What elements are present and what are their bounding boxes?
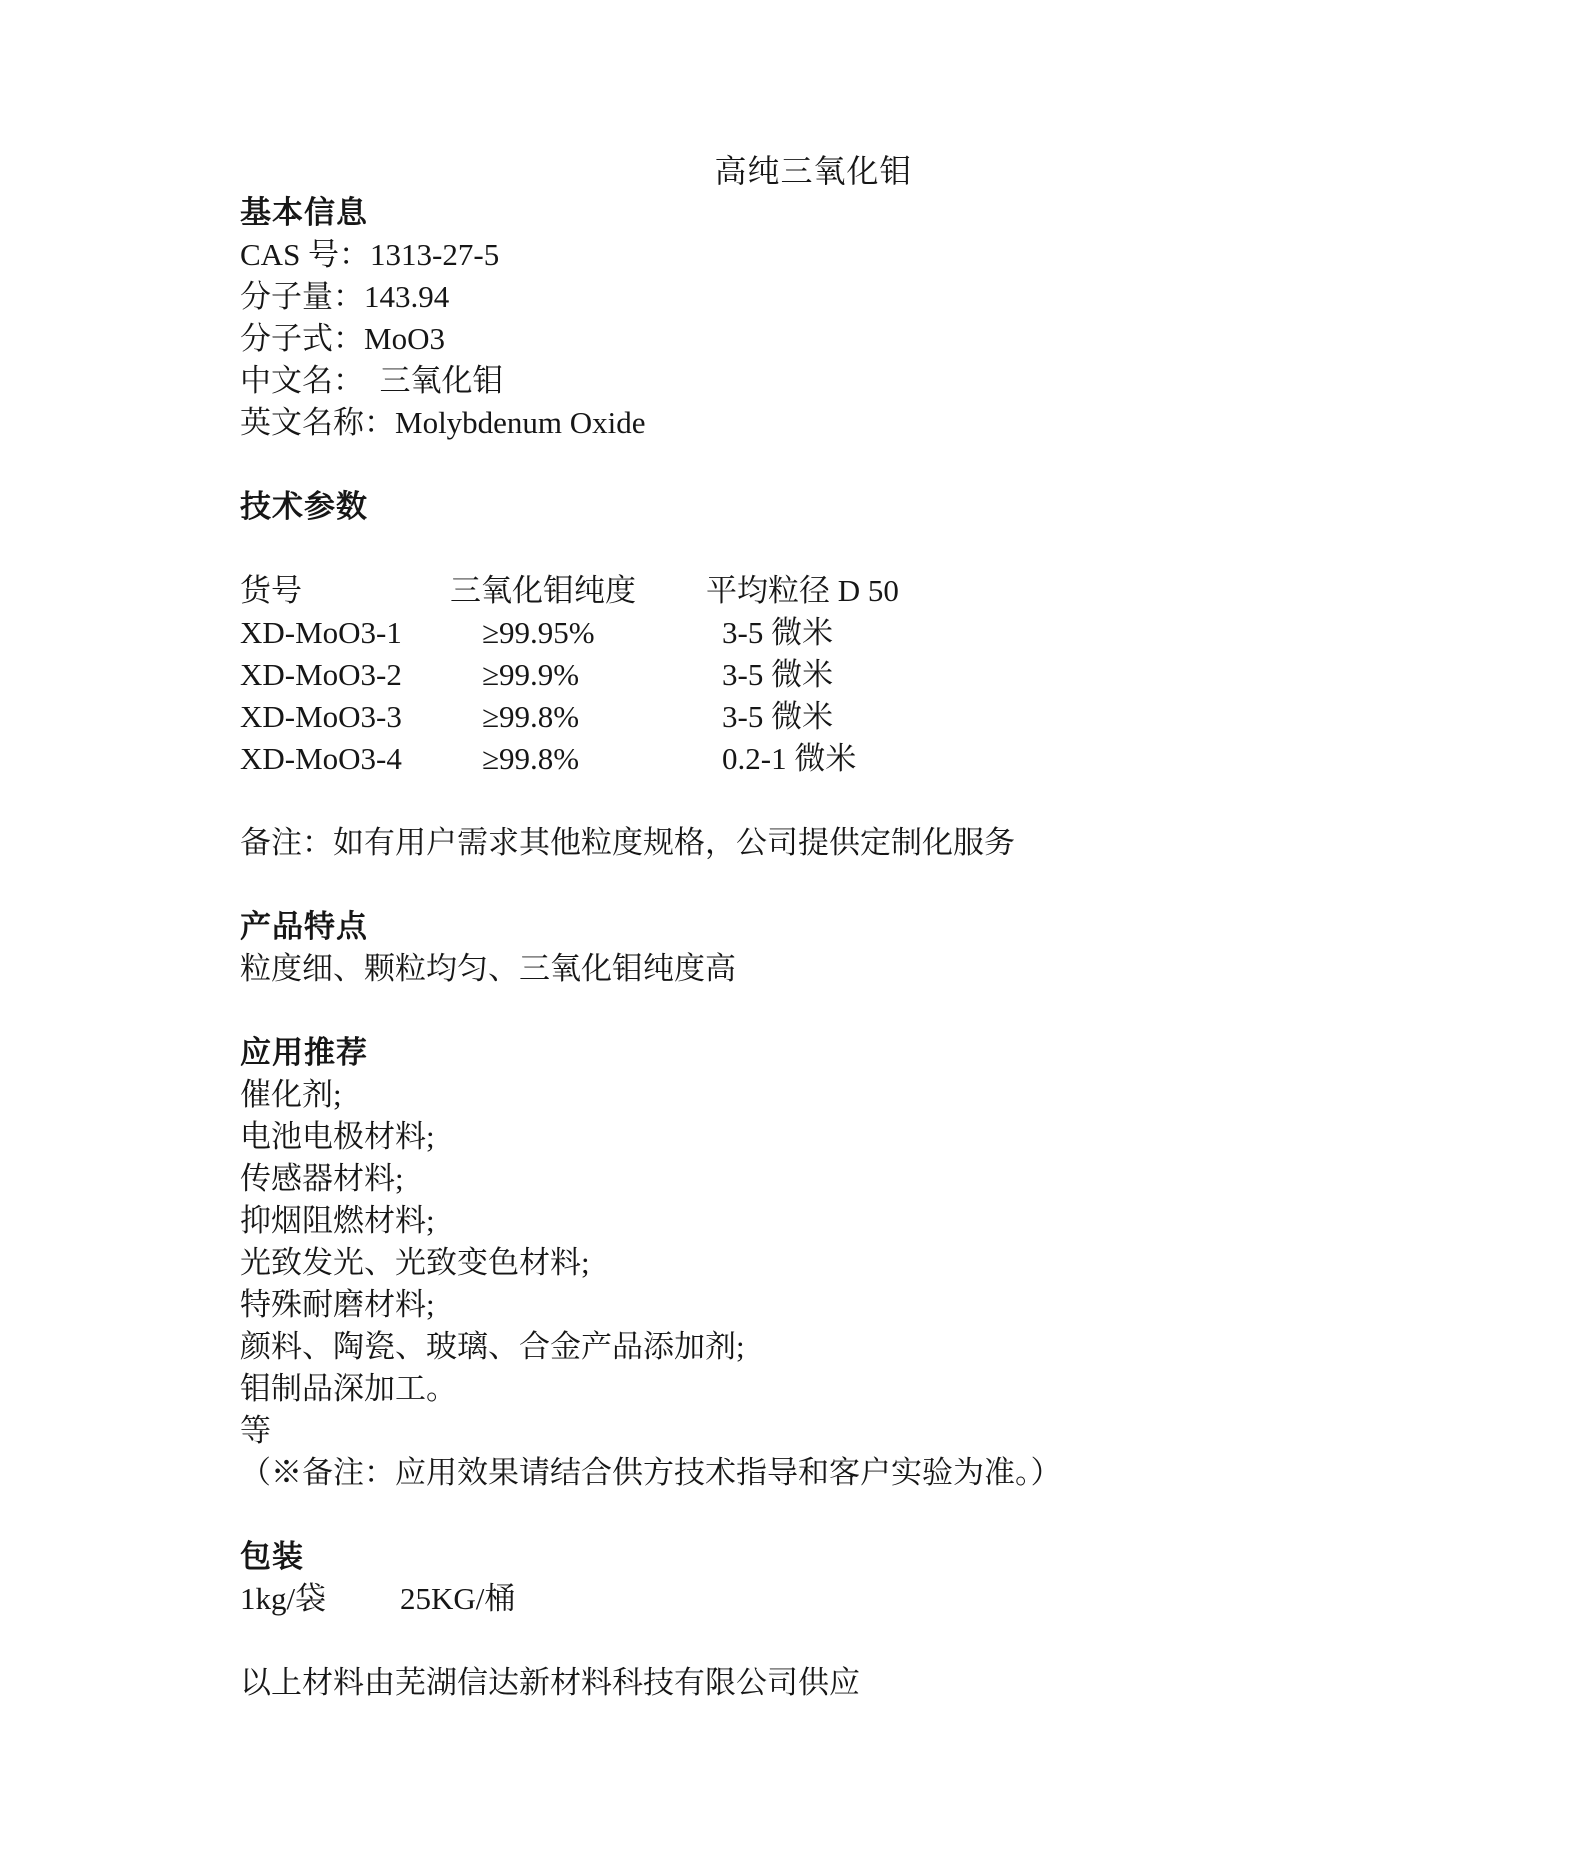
section-heading-packaging: 包装 xyxy=(240,1536,1387,1578)
application-item: 特殊耐磨材料; xyxy=(240,1284,1387,1326)
blank-line xyxy=(240,864,1387,906)
section-heading-applications: 应用推荐 xyxy=(240,1032,1387,1074)
english-name-line: 英文名称：Molybdenum Oxide xyxy=(240,402,1387,444)
document-page: 高纯三氧化钼 基本信息 CAS 号：1313-27-5 分子量：143.94 分… xyxy=(0,0,1587,1858)
blank-line xyxy=(240,780,1387,822)
packaging-bag-spec: 1kg/袋 xyxy=(240,1578,400,1620)
table-row: XD-MoO3-1 ≥99.95% 3-5 微米 xyxy=(240,612,1387,654)
cell-item-no: XD-MoO3-1 xyxy=(240,612,450,654)
application-item: 电池电极材料; xyxy=(240,1116,1387,1158)
table-row: XD-MoO3-2 ≥99.9% 3-5 微米 xyxy=(240,654,1387,696)
application-item: 颜料、陶瓷、玻璃、合金产品添加剂; xyxy=(240,1326,1387,1368)
blank-line xyxy=(240,528,1387,570)
table-header-row: 货号 三氧化钼纯度 平均粒径 D 50 xyxy=(240,570,1387,612)
section-heading-basic-info: 基本信息 xyxy=(240,192,1387,234)
packaging-line: 1kg/袋 25KG/桶 xyxy=(240,1578,1387,1620)
blank-line xyxy=(240,444,1387,486)
application-item: 钼制品深加工。 xyxy=(240,1368,1387,1410)
cell-particle-size: 3-5 微米 xyxy=(706,654,1387,696)
table-row: XD-MoO3-4 ≥99.8% 0.2-1 微米 xyxy=(240,738,1387,780)
supplier-line: 以上材料由芜湖信达新材料科技有限公司供应 xyxy=(240,1662,1387,1704)
cell-purity: ≥99.8% xyxy=(450,696,706,738)
page-title: 高纯三氧化钼 xyxy=(240,150,1387,192)
application-item: 抑烟阻燃材料; xyxy=(240,1200,1387,1242)
application-item: 催化剂; xyxy=(240,1074,1387,1116)
cell-particle-size: 0.2-1 微米 xyxy=(706,738,1387,780)
application-item: 等 xyxy=(240,1410,1387,1452)
table-row: XD-MoO3-3 ≥99.8% 3-5 微米 xyxy=(240,696,1387,738)
cell-purity: ≥99.95% xyxy=(450,612,706,654)
molecular-weight-line: 分子量：143.94 xyxy=(240,276,1387,318)
table-header-item-no: 货号 xyxy=(240,570,450,612)
section-heading-tech-params: 技术参数 xyxy=(240,486,1387,528)
chinese-name-line: 中文名： 三氧化钼 xyxy=(240,360,1387,402)
features-text-line: 粒度细、颗粒均匀、三氧化钼纯度高 xyxy=(240,948,1387,990)
packaging-drum-spec: 25KG/桶 xyxy=(400,1578,515,1620)
blank-line xyxy=(240,1620,1387,1662)
application-item: 传感器材料; xyxy=(240,1158,1387,1200)
table-header-purity: 三氧化钼纯度 xyxy=(450,570,706,612)
cas-number-line: CAS 号：1313-27-5 xyxy=(240,234,1387,276)
blank-line xyxy=(240,1494,1387,1536)
cell-item-no: XD-MoO3-2 xyxy=(240,654,450,696)
blank-line xyxy=(240,990,1387,1032)
cell-item-no: XD-MoO3-4 xyxy=(240,738,450,780)
cell-purity: ≥99.9% xyxy=(450,654,706,696)
cell-purity: ≥99.8% xyxy=(450,738,706,780)
table-header-particle-size: 平均粒径 D 50 xyxy=(706,570,1387,612)
section-heading-features: 产品特点 xyxy=(240,906,1387,948)
customization-note-line: 备注：如有用户需求其他粒度规格，公司提供定制化服务 xyxy=(240,822,1387,864)
application-item: 光致发光、光致变色材料; xyxy=(240,1242,1387,1284)
cell-particle-size: 3-5 微米 xyxy=(706,612,1387,654)
application-disclaimer-line: （※备注：应用效果请结合供方技术指导和客户实验为准。） xyxy=(240,1452,1387,1494)
cell-item-no: XD-MoO3-3 xyxy=(240,696,450,738)
molecular-formula-line: 分子式：MoO3 xyxy=(240,318,1387,360)
cell-particle-size: 3-5 微米 xyxy=(706,696,1387,738)
